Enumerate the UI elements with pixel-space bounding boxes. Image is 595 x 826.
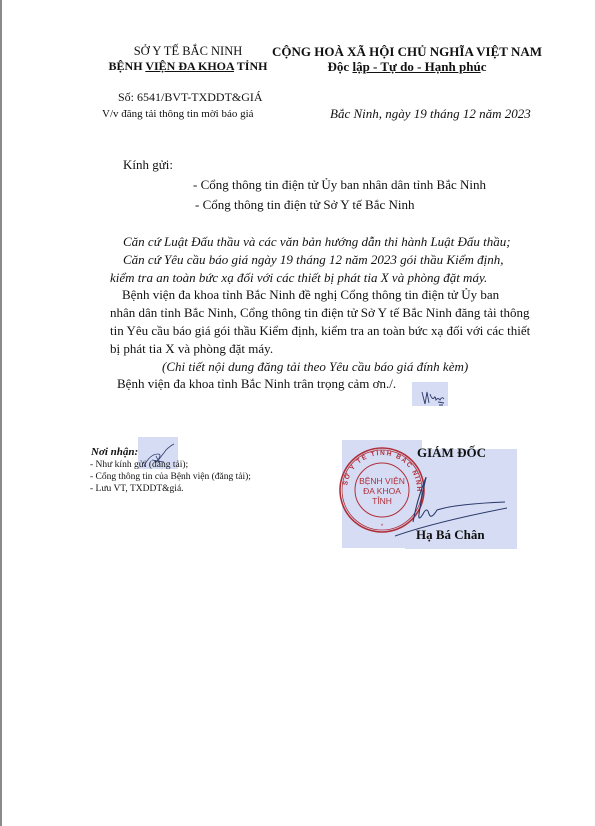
basis-1: Căn cứ Luật Đấu thầu và các văn bản hướn… <box>110 233 560 251</box>
attachment-note: (Chi tiết nội dung đăng tải theo Yêu cầu… <box>162 359 468 375</box>
svg-text:*: * <box>381 524 384 530</box>
signer-name: Hạ Bá Chân <box>416 527 485 543</box>
recipients-label: Nơi nhận: <box>91 446 138 458</box>
request-paragraph: Bệnh viện đa khoa tỉnh Bắc Ninh đề nghị … <box>110 286 560 358</box>
nation-title: CỘNG HOÀ XÃ HỘI CHỦ NGHĨA VIỆT NAM <box>262 44 552 60</box>
motto: Độc lập - Tự do - Hạnh phúc <box>262 59 552 75</box>
motto-underlined: lập - Tự do - Hạnh phú <box>352 59 480 74</box>
basis-2-line1: Căn cứ Yêu cầu báo giá ngày 19 tháng 12 … <box>110 251 560 269</box>
org-name: BỆNH VIỆN ĐA KHOA TỈNH <box>100 59 276 74</box>
motto-suffix: c <box>481 59 487 74</box>
document-number: Số: 6541/BVT-TXDDT&GIÁ <box>118 90 263 105</box>
addressee-label: Kính gửi: <box>123 157 173 173</box>
signer-title: GIÁM ĐỐC <box>417 445 486 461</box>
org-parent: SỞ Y TẾ BẮC NINH <box>100 44 276 59</box>
thanks-line: Bệnh viện đa khoa tỉnh Bắc Ninh trân trọ… <box>117 376 396 392</box>
basis-2-line2: kiểm tra an toàn bức xạ đối với các thiế… <box>110 269 560 287</box>
recipient-item: - Cổng thông tin của Bệnh viện (đăng tải… <box>90 472 251 482</box>
place-date: Bắc Ninh, ngày 19 tháng 12 năm 2023 <box>330 106 531 122</box>
recipient-item: - Như kính gửi (đăng tải); <box>90 460 188 470</box>
recipient-item: - Lưu VT, TXDDT&giá. <box>90 484 184 494</box>
org-name-underlined: VIỆN ĐA KHOA <box>145 59 234 73</box>
request-line3: tin Yêu cầu báo giá gói thầu Kiểm định, … <box>110 322 560 340</box>
basis-paragraph: Căn cứ Luật Đấu thầu và các văn bản hướn… <box>110 233 560 287</box>
org-name-prefix: BỆNH <box>109 59 146 73</box>
request-line4: bị phát tia X và phòng đặt máy. <box>110 340 560 358</box>
request-line2: nhân dân tỉnh Bắc Ninh, Cổng thông tin đ… <box>110 304 560 322</box>
initial-signature-icon <box>420 388 446 408</box>
document-subject: V/v đăng tải thông tin mời báo giá <box>102 108 254 120</box>
page-edge <box>0 0 2 826</box>
addressee-item: - Cổng thông tin điện tử Sở Y tế Bắc Nin… <box>195 197 415 213</box>
addressee-item: - Cổng thông tin điện tử Ủy ban nhân dân… <box>193 177 486 193</box>
request-line1: Bệnh viện đa khoa tỉnh Bắc Ninh đề nghị … <box>110 286 560 304</box>
motto-prefix: Độc <box>328 59 353 74</box>
svg-text:TỈNH: TỈNH <box>372 495 392 506</box>
